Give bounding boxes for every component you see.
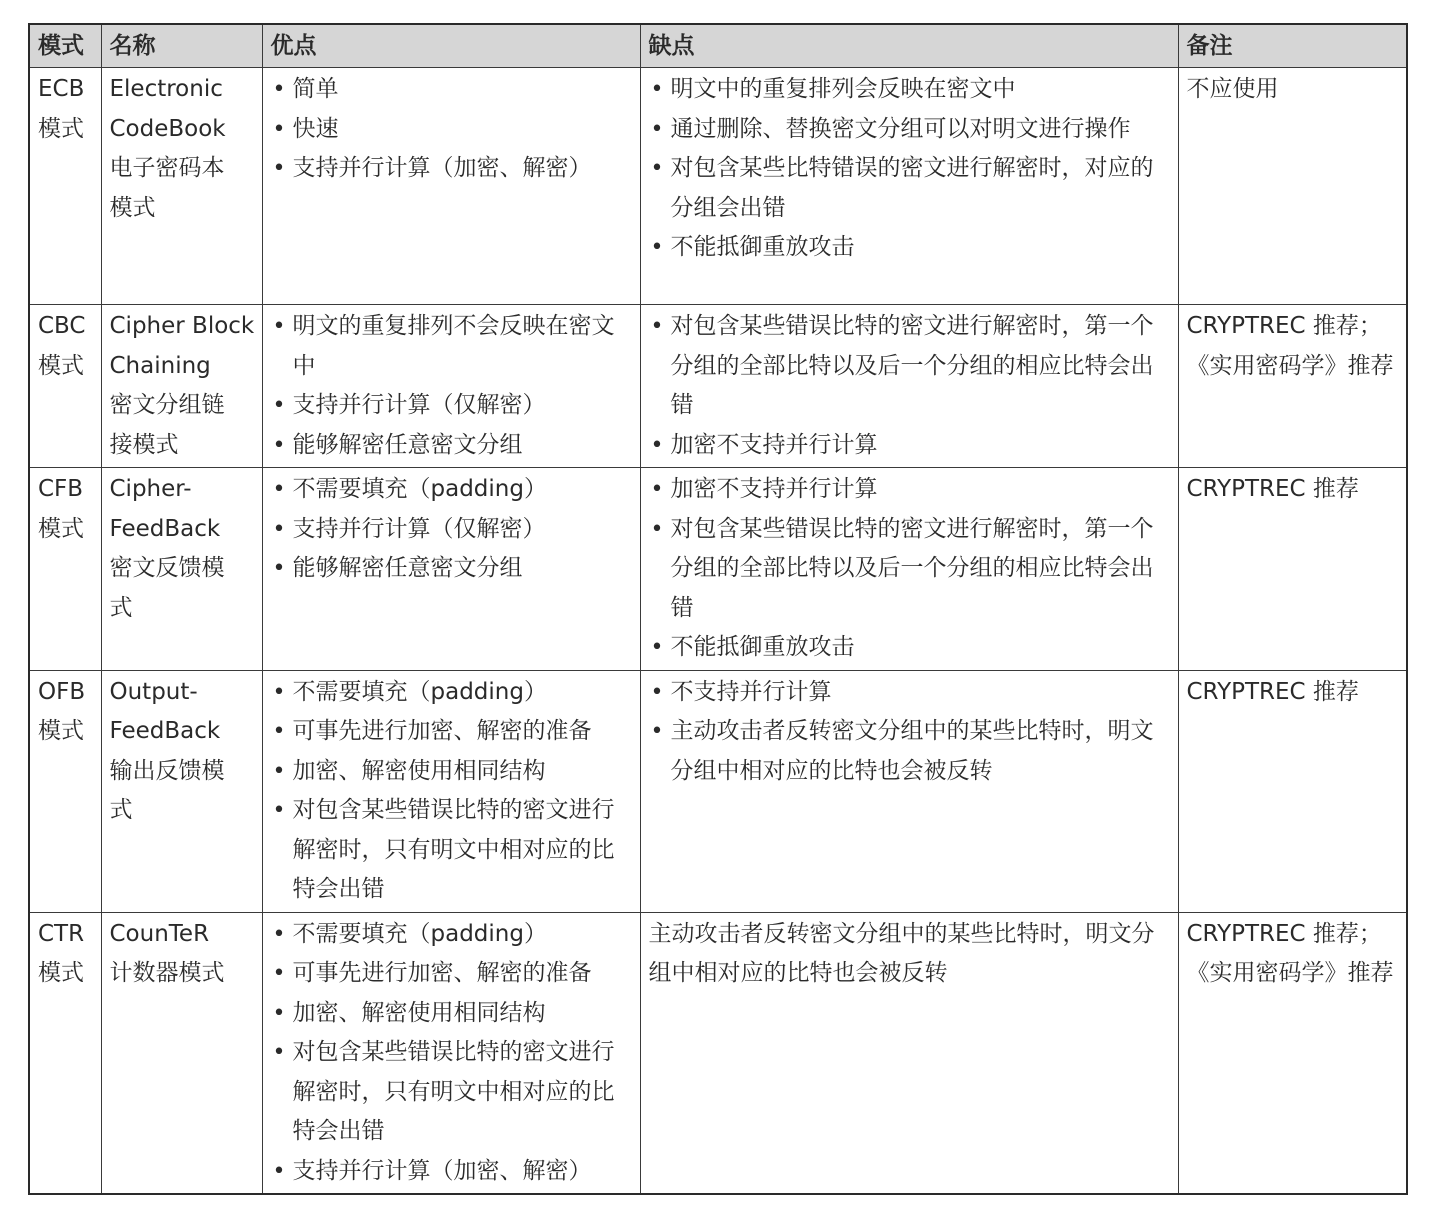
name-line: Cipher Block	[110, 307, 256, 347]
cons-cell: 明文中的重复排列会反映在密文中 通过删除、替换密文分组可以对明文进行操作 对包含…	[640, 68, 1178, 305]
mode-abbr: CTR	[38, 915, 95, 955]
name-line: Chaining	[110, 347, 256, 387]
pros-cell: 简单 快速 支持并行计算（加密、解密）	[262, 68, 640, 305]
mode-abbr: OFB	[38, 673, 95, 713]
table-row: CBC 模式 Cipher Block Chaining 密文分组链 接模式 明…	[29, 305, 1407, 468]
name-cell: Cipher- FeedBack 密文反馈模 式	[101, 468, 262, 671]
mode-suffix: 模式	[38, 347, 95, 387]
name-line: 式	[110, 791, 256, 831]
header-mode: 模式	[29, 24, 101, 68]
table-row: CFB 模式 Cipher- FeedBack 密文反馈模 式 不需要填充（pa…	[29, 468, 1407, 671]
name-line: 计数器模式	[110, 954, 256, 994]
pros-list: 不需要填充（padding） 可事先进行加密、解密的准备 加密、解密使用相同结构…	[271, 673, 634, 910]
cons-cell: 对包含某些错误比特的密文进行解密时，第一个分组的全部比特以及后一个分组的相应比特…	[640, 305, 1178, 468]
name-cell: Cipher Block Chaining 密文分组链 接模式	[101, 305, 262, 468]
list-item: 加密不支持并行计算	[649, 426, 1172, 466]
list-item: 不能抵御重放攻击	[649, 228, 1172, 268]
header-note: 备注	[1178, 24, 1407, 68]
pros-cell: 不需要填充（padding） 支持并行计算（仅解密） 能够解密任意密文分组	[262, 468, 640, 671]
list-item: 加密不支持并行计算	[649, 470, 1172, 510]
header-pros: 优点	[262, 24, 640, 68]
list-item: 简单	[271, 70, 634, 110]
name-line: FeedBack	[110, 510, 256, 550]
pros-list: 简单 快速 支持并行计算（加密、解密）	[271, 70, 634, 189]
list-item: 支持并行计算（仅解密）	[271, 386, 634, 426]
cons-cell: 加密不支持并行计算 对包含某些错误比特的密文进行解密时，第一个分组的全部比特以及…	[640, 468, 1178, 671]
mode-cell: CBC 模式	[29, 305, 101, 468]
note-cell: CRYPTREC 推荐	[1178, 670, 1407, 912]
mode-abbr: CBC	[38, 307, 95, 347]
mode-cell: ECB 模式	[29, 68, 101, 305]
name-line: 输出反馈模	[110, 752, 256, 792]
note-cell: 不应使用	[1178, 68, 1407, 305]
list-item: 不需要填充（padding）	[271, 470, 634, 510]
name-line: 模式	[110, 189, 256, 229]
cons-list: 不支持并行计算 主动攻击者反转密文分组中的某些比特时，明文分组中相对应的比特也会…	[649, 673, 1172, 792]
mode-cell: OFB 模式	[29, 670, 101, 912]
list-item: 能够解密任意密文分组	[271, 549, 634, 589]
mode-suffix: 模式	[38, 954, 95, 994]
name-line: Cipher-	[110, 470, 256, 510]
name-line: 式	[110, 589, 256, 629]
name-line: CounTeR	[110, 915, 256, 955]
name-line: FeedBack	[110, 712, 256, 752]
mode-cell: CFB 模式	[29, 468, 101, 671]
list-item: 对包含某些错误比特的密文进行解密时，第一个分组的全部比特以及后一个分组的相应比特…	[649, 510, 1172, 629]
list-item: 可事先进行加密、解密的准备	[271, 712, 634, 752]
header-cons: 缺点	[640, 24, 1178, 68]
note-cell: CRYPTREC 推荐；《实用密码学》推荐	[1178, 912, 1407, 1194]
list-item: 不能抵御重放攻击	[649, 628, 1172, 668]
block-cipher-modes-table: 模式 名称 优点 缺点 备注 ECB 模式 Electronic CodeBoo…	[28, 23, 1408, 1195]
name-cell: Output- FeedBack 输出反馈模 式	[101, 670, 262, 912]
pros-cell: 不需要填充（padding） 可事先进行加密、解密的准备 加密、解密使用相同结构…	[262, 670, 640, 912]
list-item: 主动攻击者反转密文分组中的某些比特时，明文分组中相对应的比特也会被反转	[649, 712, 1172, 791]
list-item: 对包含某些错误比特的密文进行解密时，只有明文中相对应的比特会出错	[271, 791, 634, 910]
list-item: 支持并行计算（加密、解密）	[271, 149, 634, 189]
pros-cell: 不需要填充（padding） 可事先进行加密、解密的准备 加密、解密使用相同结构…	[262, 912, 640, 1194]
list-item: 对包含某些错误比特的密文进行解密时，第一个分组的全部比特以及后一个分组的相应比特…	[649, 307, 1172, 426]
list-item: 支持并行计算（仅解密）	[271, 510, 634, 550]
table-row: CTR 模式 CounTeR 计数器模式 不需要填充（padding） 可事先进…	[29, 912, 1407, 1194]
cons-list: 加密不支持并行计算 对包含某些错误比特的密文进行解密时，第一个分组的全部比特以及…	[649, 470, 1172, 668]
list-item: 明文中的重复排列会反映在密文中	[649, 70, 1172, 110]
name-line: 接模式	[110, 426, 256, 466]
pros-list: 不需要填充（padding） 支持并行计算（仅解密） 能够解密任意密文分组	[271, 470, 634, 589]
list-item: 对包含某些错误比特的密文进行解密时，只有明文中相对应的比特会出错	[271, 1033, 634, 1152]
name-line: CodeBook	[110, 110, 256, 150]
pros-list: 不需要填充（padding） 可事先进行加密、解密的准备 加密、解密使用相同结构…	[271, 915, 634, 1192]
list-item: 支持并行计算（加密、解密）	[271, 1152, 634, 1192]
cons-cell: 不支持并行计算 主动攻击者反转密文分组中的某些比特时，明文分组中相对应的比特也会…	[640, 670, 1178, 912]
name-line: Output-	[110, 673, 256, 713]
mode-suffix: 模式	[38, 110, 95, 150]
note-cell: CRYPTREC 推荐；《实用密码学》推荐	[1178, 305, 1407, 468]
header-name: 名称	[101, 24, 262, 68]
list-item: 加密、解密使用相同结构	[271, 994, 634, 1034]
list-item: 明文的重复排列不会反映在密文中	[271, 307, 634, 386]
list-item: 可事先进行加密、解密的准备	[271, 954, 634, 994]
mode-suffix: 模式	[38, 712, 95, 752]
table-row: OFB 模式 Output- FeedBack 输出反馈模 式 不需要填充（pa…	[29, 670, 1407, 912]
mode-suffix: 模式	[38, 510, 95, 550]
name-line: 密文分组链	[110, 386, 256, 426]
table-row: ECB 模式 Electronic CodeBook 电子密码本 模式 简单 快…	[29, 68, 1407, 305]
mode-abbr: CFB	[38, 470, 95, 510]
mode-cell: CTR 模式	[29, 912, 101, 1194]
note-cell: CRYPTREC 推荐	[1178, 468, 1407, 671]
name-line: 密文反馈模	[110, 549, 256, 589]
list-item: 对包含某些比特错误的密文进行解密时，对应的分组会出错	[649, 149, 1172, 228]
cons-text: 主动攻击者反转密文分组中的某些比特时，明文分组中相对应的比特也会被反转	[649, 921, 1155, 987]
name-line: Electronic	[110, 70, 256, 110]
cons-cell: 主动攻击者反转密文分组中的某些比特时，明文分组中相对应的比特也会被反转	[640, 912, 1178, 1194]
name-cell: CounTeR 计数器模式	[101, 912, 262, 1194]
cons-list: 对包含某些错误比特的密文进行解密时，第一个分组的全部比特以及后一个分组的相应比特…	[649, 307, 1172, 465]
list-item: 不支持并行计算	[649, 673, 1172, 713]
list-item: 不需要填充（padding）	[271, 673, 634, 713]
list-item: 能够解密任意密文分组	[271, 426, 634, 466]
list-item: 加密、解密使用相同结构	[271, 752, 634, 792]
list-item: 不需要填充（padding）	[271, 915, 634, 955]
cons-list: 明文中的重复排列会反映在密文中 通过删除、替换密文分组可以对明文进行操作 对包含…	[649, 70, 1172, 268]
list-item: 快速	[271, 110, 634, 150]
pros-cell: 明文的重复排列不会反映在密文中 支持并行计算（仅解密） 能够解密任意密文分组	[262, 305, 640, 468]
name-cell: Electronic CodeBook 电子密码本 模式	[101, 68, 262, 305]
mode-abbr: ECB	[38, 70, 95, 110]
list-item: 通过删除、替换密文分组可以对明文进行操作	[649, 110, 1172, 150]
name-line: 电子密码本	[110, 149, 256, 189]
table-header-row: 模式 名称 优点 缺点 备注	[29, 24, 1407, 68]
pros-list: 明文的重复排列不会反映在密文中 支持并行计算（仅解密） 能够解密任意密文分组	[271, 307, 634, 465]
